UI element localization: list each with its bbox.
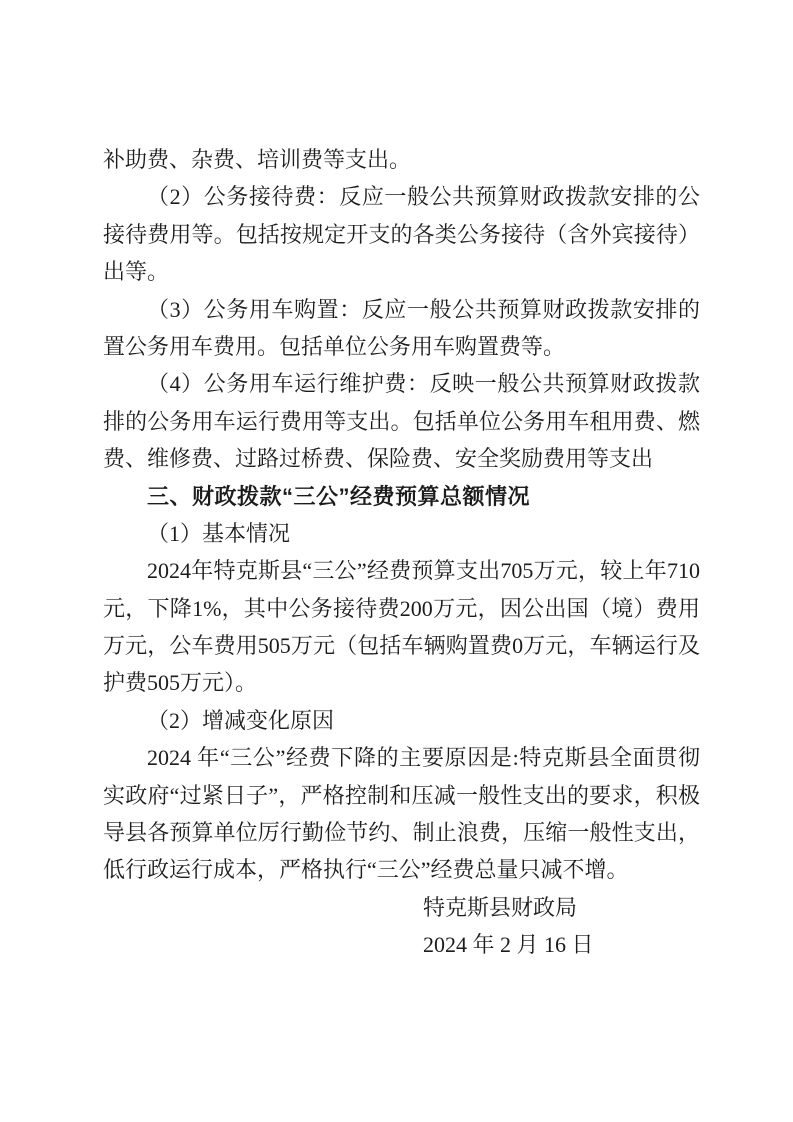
doc-line: （2）公务接待费：反应一般公共预算财政拨款安排的公务	[103, 178, 700, 215]
doc-line: 实政府“过紧日子”，严格控制和压减一般性支出的要求，积极倡	[103, 777, 700, 814]
document-body: 补助费、杂费、培训费等支出。 （2）公务接待费：反应一般公共预算财政拨款安排的公…	[103, 141, 700, 964]
doc-line: 万元，公车费用505万元（包括车辆购置费0万元，车辆运行及维	[103, 627, 700, 664]
doc-line: （3）公务用车购置：反应一般公共预算财政拨款安排的购	[103, 291, 700, 328]
doc-line: 2024 年“三公”经费下降的主要原因是:特克斯县全面贯彻落	[103, 739, 700, 776]
doc-line: 护费505万元）。	[103, 664, 700, 701]
doc-line: 接待费用等。包括按规定开支的各类公务接待（含外宾接待）支	[103, 216, 700, 253]
doc-line: 低行政运行成本，严格执行“三公”经费总量只减不增。	[103, 851, 700, 888]
signature-agency: 特克斯县财政局	[423, 889, 700, 926]
signature-date: 2024 年 2 月 16 日	[423, 926, 700, 963]
doc-line: （2）增减变化原因	[103, 702, 700, 739]
doc-line: 出等。	[103, 253, 700, 290]
doc-line: 补助费、杂费、培训费等支出。	[103, 141, 700, 178]
doc-line: 费、维修费、过路过桥费、保险费、安全奖励费用等支出	[103, 440, 700, 477]
doc-line: （1）基本情况	[103, 515, 700, 552]
doc-line: 导县各预算单位厉行勤俭节约、制止浪费，压缩一般性支出，降	[103, 814, 700, 851]
doc-line: （4）公务用车运行维护费：反映一般公共预算财政拨款安	[103, 365, 700, 402]
doc-line: 置公务用车费用。包括单位公务用车购置费等。	[103, 328, 700, 365]
doc-line: 排的公务用车运行费用等支出。包括单位公务用车租用费、燃料	[103, 403, 700, 440]
document-page: 补助费、杂费、培训费等支出。 （2）公务接待费：反应一般公共预算财政拨款安排的公…	[0, 0, 793, 1122]
doc-line: 2024年特克斯县“三公”经费预算支出705万元，较上年710万	[103, 552, 700, 589]
section-heading: 三、财政拨款“三公”经费预算总额情况	[103, 478, 700, 515]
doc-line: 元，下降1%，其中公务接待费200万元，因公出国（境）费用0	[103, 590, 700, 627]
